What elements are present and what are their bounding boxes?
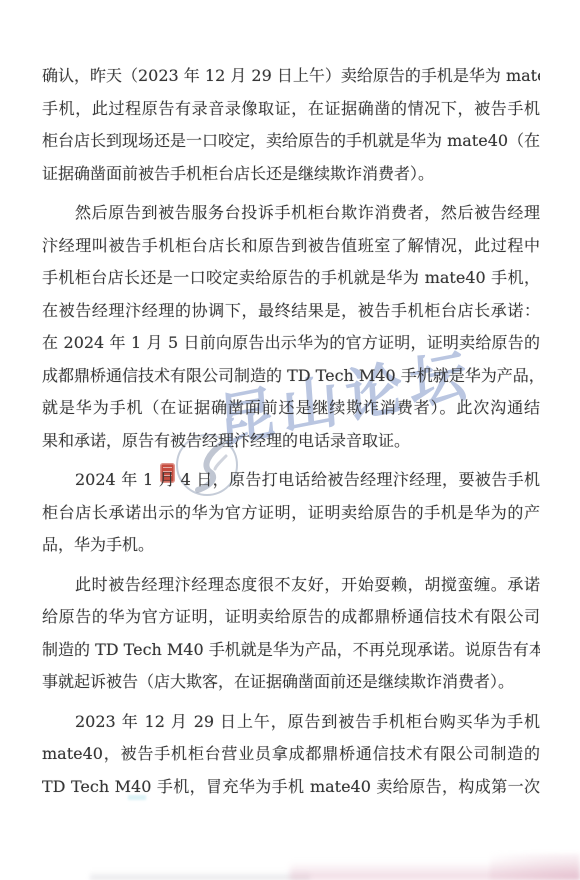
scan-smudge-left xyxy=(90,871,310,880)
text-line: 证据确凿面前被告手机柜台店长还是继续欺诈消费者）。 xyxy=(42,158,540,191)
text-line: 品，华为手机。 xyxy=(42,529,540,562)
text-line: 在 2024 年 1 月 5 日前向原告出示华为的官方证明，证明卖给原告的 xyxy=(42,327,540,360)
text-line: 就是华为手机（在证据确凿面前还是继续欺诈消费者）。此次沟通结 xyxy=(42,392,540,425)
scan-smudge-corner xyxy=(490,854,580,880)
text-line: TD Tech M40 手机，冒充华为手机 mate40 卖给原告，构成第一次欺… xyxy=(42,771,540,804)
text-line: 在被告经理汴经理的协调下，最终结果是，被告手机柜台店长承诺： xyxy=(42,295,540,328)
text-line: 制造的 TD Tech M40 手机就是华为产品，不再兑现承诺。说原告有本 xyxy=(42,634,540,667)
text-line: 汴经理叫被告手机柜台店长和原告到被告值班室了解情况，此过程中 xyxy=(42,230,540,263)
paragraph-1: 确认，昨天（2023 年 12 月 29 日上午）卖给原告的手机是华为 mate… xyxy=(42,60,540,190)
text-line: 2023 年 12 月 29 日上午，原告到被告手机柜台购买华为手机 xyxy=(42,706,540,739)
scanned-document-page: 昆山论坛 确认，昨天（2023 年 12 月 29 日上午）卖给原告的手机是华为… xyxy=(0,0,580,880)
text-line: mate40，被告手机柜台营业员拿成都鼎桥通信技术有限公司制造的 xyxy=(42,738,540,771)
scan-artifact xyxy=(128,795,146,800)
text-line: 此时被告经理汴经理态度很不友好，开始耍赖，胡搅蛮缠。承诺 xyxy=(42,569,540,602)
text-line: 确认，昨天（2023 年 12 月 29 日上午）卖给原告的手机是华为 mate… xyxy=(42,60,540,93)
text-line: 给原告的华为官方证明，证明卖给原告的成都鼎桥通信技术有限公司 xyxy=(42,601,540,634)
text-body: 确认，昨天（2023 年 12 月 29 日上午）卖给原告的手机是华为 mate… xyxy=(42,60,540,810)
text-line: 2024 年 1 月 4 日，原告打电话给被告经理汴经理，要被告手机 xyxy=(42,464,540,497)
paragraph-4: 此时被告经理汴经理态度很不友好，开始耍赖，胡搅蛮缠。承诺给原告的华为官方证明，证… xyxy=(42,569,540,699)
text-line: 柜台店长到现场还是一口咬定，卖给原告的手机就是华为 mate40（在 xyxy=(42,125,540,158)
text-line: 柜台店长承诺出示的华为官方证明，证明卖给原告的手机是华为的产 xyxy=(42,497,540,530)
paragraph-3: 2024 年 1 月 4 日，原告打电话给被告经理汴经理，要被告手机柜台店长承诺… xyxy=(42,464,540,562)
text-line: 成都鼎桥通信技术有限公司制造的 TD Tech M40 手机就是华为产品， xyxy=(42,360,540,393)
text-line: 果和承诺，原告有被告经理汴经理的电话录音取证。 xyxy=(42,425,540,458)
paragraph-2: 然后原告到被告服务台投诉手机柜台欺诈消费者，然后被告经理汴经理叫被告手机柜台店长… xyxy=(42,197,540,457)
text-line: 然后原告到被告服务台投诉手机柜台欺诈消费者，然后被告经理 xyxy=(42,197,540,230)
text-line: 手机柜台店长还是一口咬定卖给原告的手机就是华为 mate40 手机， xyxy=(42,262,540,295)
text-line: 事就起诉被告（店大欺客，在证据确凿面前还是继续欺诈消费者）。 xyxy=(42,666,540,699)
paragraph-5: 2023 年 12 月 29 日上午，原告到被告手机柜台购买华为手机mate40… xyxy=(42,706,540,804)
text-line: 手机，此过程原告有录音录像取证，在证据确凿的情况下，被告手机 xyxy=(42,93,540,126)
